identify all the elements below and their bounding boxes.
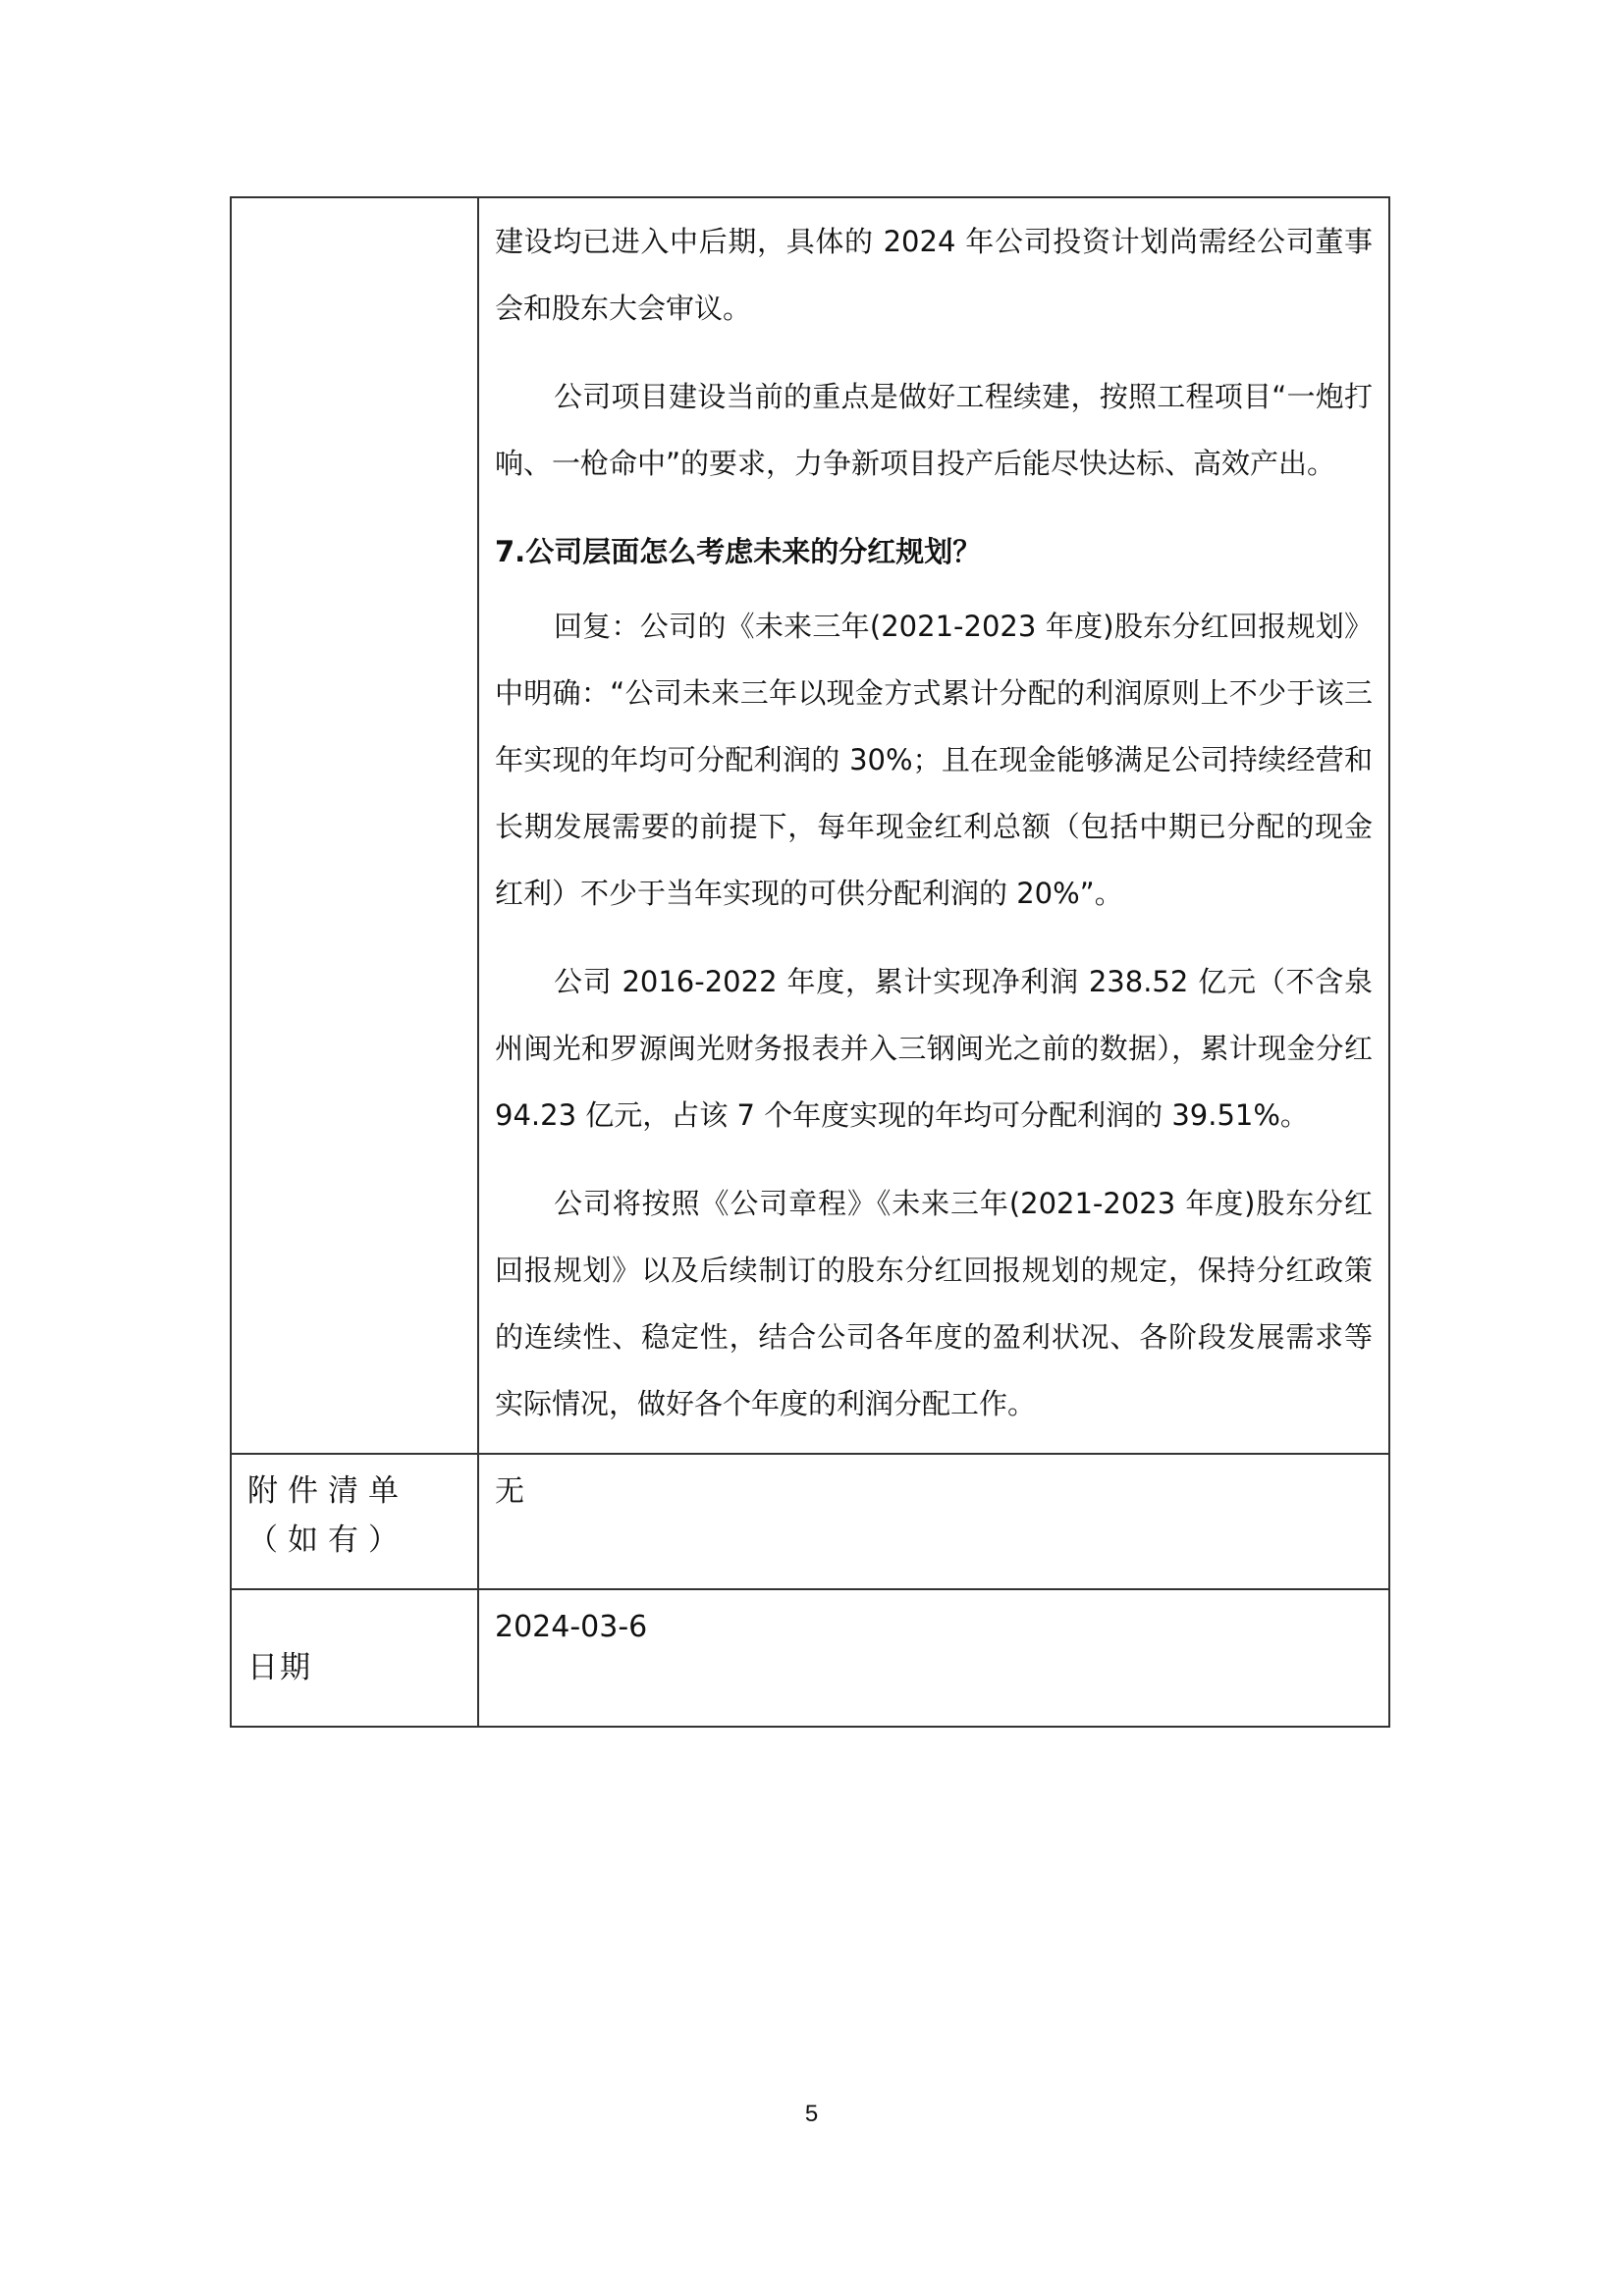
page-number: 5: [0, 2101, 1623, 2128]
table-row-content: 建设均已进入中后期，具体的 2024 年公司投资计划尚需经公司董事会和股东大会审…: [232, 198, 1388, 1455]
table-row-date: 日期 2024-03-6: [232, 1590, 1388, 1726]
attachments-label: 附件清单（如有）: [232, 1455, 479, 1588]
row-content: 建设均已进入中后期，具体的 2024 年公司投资计划尚需经公司董事会和股东大会审…: [479, 198, 1388, 1453]
row-label-empty: [232, 198, 479, 1453]
answer-paragraph-dividend-plan: 回复：公司的《未来三年(2021-2023 年度)股东分红回报规划》中明确：“公…: [495, 593, 1373, 927]
paragraph-project-focus: 公司项目建设当前的重点是做好工程续建，按照工程项目“一炮打响、一枪命中”的要求，…: [495, 363, 1373, 497]
date-label: 日期: [232, 1590, 479, 1726]
date-value: 2024-03-6: [479, 1590, 1388, 1726]
paragraph-investment-plan: 建设均已进入中后期，具体的 2024 年公司投资计划尚需经公司董事会和股东大会审…: [495, 208, 1373, 342]
table-row-attachments: 附件清单（如有） 无: [232, 1455, 1388, 1590]
attachments-value: 无: [479, 1455, 1388, 1588]
answer-paragraph-dividend-policy: 公司将按照《公司章程》《未来三年(2021-2023 年度)股东分红回报规划》以…: [495, 1170, 1373, 1437]
answer-paragraph-dividend-history: 公司 2016-2022 年度，累计实现净利润 238.52 亿元（不含泉州闽光…: [495, 948, 1373, 1148]
question-heading: 7.公司层面怎么考虑未来的分红规划？: [495, 518, 1373, 585]
investor-relations-record-table: 建设均已进入中后期，具体的 2024 年公司投资计划尚需经公司董事会和股东大会审…: [230, 196, 1390, 1728]
